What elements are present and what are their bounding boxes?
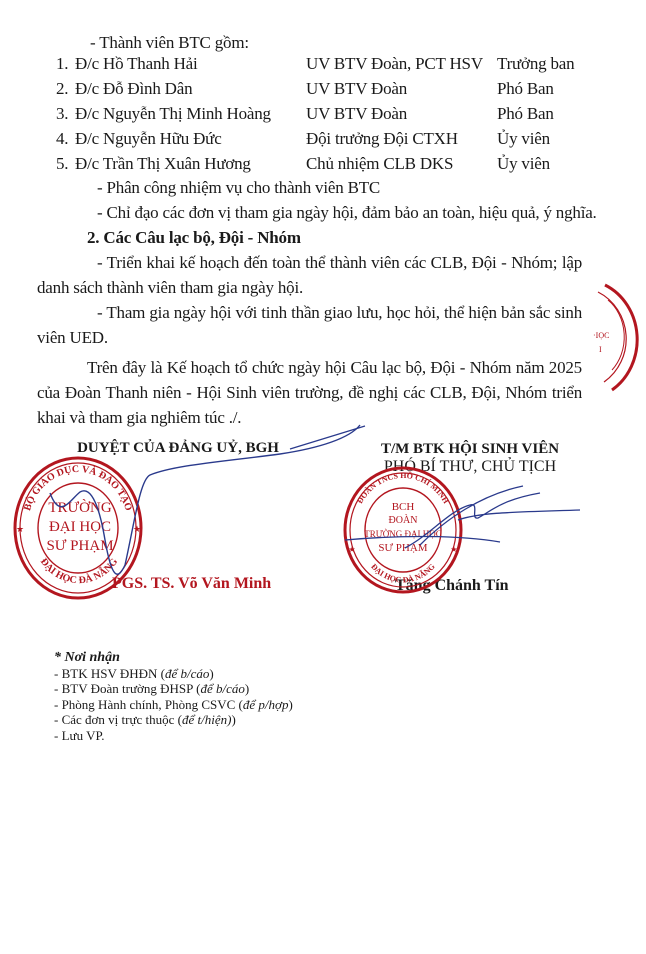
svg-text:SƯ PHẠM: SƯ PHẠM [378, 542, 427, 554]
hsv-title: T/M BTK HỘI SINH VIÊN [350, 441, 590, 458]
svg-text:BỘ GIÁO DỤC VÀ ĐÀO TẠO: BỘ GIÁO DỤC VÀ ĐÀO TẠO [22, 464, 134, 513]
member-role: Chủ nhiệm CLB DKS [306, 154, 453, 174]
member-position: Phó Ban [497, 104, 554, 124]
svg-text:★: ★ [450, 545, 457, 554]
member-name: Đ/c Đỗ Đình Dân [75, 79, 192, 99]
recipient-item: - Phòng Hành chính, Phòng CSVC (để p/hợp… [54, 697, 293, 713]
svg-text:ĐOÀN: ĐOÀN [389, 514, 418, 526]
recipient-item: - BTV Đoàn trường ĐHSP (để b/cáo) [54, 681, 293, 697]
member-role: UV BTV Đoàn, PCT HSV [306, 54, 483, 74]
member-number: 2. [56, 79, 68, 99]
svg-text:★: ★ [348, 545, 355, 554]
right-signer-name: Tăng Chánh Tín [395, 577, 509, 595]
member-position: Trưởng ban [497, 54, 574, 74]
approval-title: DUYỆT CỦA ĐẢNG UỶ, BGH [58, 440, 298, 457]
svg-text:ĐẠI HỌC: ĐẠI HỌC [49, 519, 111, 535]
section-2-para-2: - Tham gia ngày hội với tinh thần giao l… [37, 300, 582, 350]
svg-text:TRƯỜNG: TRƯỜNG [48, 499, 111, 516]
member-number: 3. [56, 104, 68, 124]
member-position: Phó Ban [497, 79, 554, 99]
member-row: 2. Đ/c Đỗ Đình Dân UV BTV Đoàn Phó Ban [0, 79, 646, 104]
member-row: 4. Đ/c Nguyễn Hữu Đức Đội trưởng Đội CTX… [0, 129, 646, 154]
recipients-list: * Nơi nhận - BTK HSV ĐHĐN (để b/cáo) - B… [54, 650, 293, 743]
svg-text:★: ★ [133, 524, 141, 534]
member-name: Đ/c Hồ Thanh Hải [75, 54, 198, 74]
document-page: - Thành viên BTC gồm: 1. Đ/c Hồ Thanh Hả… [0, 0, 646, 954]
member-row: 1. Đ/c Hồ Thanh Hải UV BTV Đoàn, PCT HSV… [0, 54, 646, 79]
recipient-item: - Lưu VP. [54, 728, 293, 744]
svg-text:★: ★ [16, 524, 24, 534]
member-role: Đội trưởng Đội CTXH [306, 129, 458, 149]
member-number: 4. [56, 129, 68, 149]
hsv-subtitle: PHÓ BÍ THƯ, CHỦ TỊCH [350, 458, 590, 476]
member-row: 5. Đ/c Trần Thị Xuân Hương Chủ nhiệm CLB… [0, 154, 646, 179]
member-role: UV BTV Đoàn [306, 79, 407, 99]
member-position: Ủy viên [497, 154, 550, 174]
member-number: 5. [56, 154, 68, 174]
svg-text:BCH: BCH [392, 501, 415, 513]
member-position: Ủy viên [497, 129, 550, 149]
edge-stamp: ·IỌC I [593, 285, 637, 390]
left-signer-name: PGS. TS. Võ Văn Minh [112, 575, 271, 593]
btc-task-assign: - Phân công nhiệm vụ cho thành viên BTC [97, 178, 380, 198]
members-intro: - Thành viên BTC gồm: [90, 33, 249, 53]
member-row: 3. Đ/c Nguyễn Thị Minh Hoàng UV BTV Đoàn… [0, 104, 646, 129]
svg-text:I: I [599, 345, 602, 354]
closing-paragraph: Trên đây là Kế hoạch tổ chức ngày hội Câ… [37, 355, 582, 430]
member-name: Đ/c Trần Thị Xuân Hương [75, 154, 251, 174]
member-name: Đ/c Nguyễn Hữu Đức [75, 129, 222, 149]
section-2-heading: 2. Các Câu lạc bộ, Đội - Nhóm [87, 228, 301, 248]
svg-text:SƯ PHẠM: SƯ PHẠM [46, 538, 113, 554]
btc-task-direct: - Chỉ đạo các đơn vị tham gia ngày hội, … [97, 203, 597, 223]
member-number: 1. [56, 54, 68, 74]
right-stamp: ĐOÀN TNCS HỒ CHÍ MINH ĐẠI HỌC ĐÀ NẴNG BC… [345, 468, 461, 592]
recipient-item: - BTK HSV ĐHĐN (để b/cáo) [54, 666, 293, 682]
right-signature [345, 486, 580, 548]
member-role: UV BTV Đoàn [306, 104, 407, 124]
section-2-para-1: - Triển khai kế hoạch đến toàn thể thành… [37, 250, 582, 300]
svg-text:·IỌC: ·IỌC [593, 331, 609, 340]
member-name: Đ/c Nguyễn Thị Minh Hoàng [75, 104, 271, 124]
svg-text:ĐẠI HỌC ĐÀ NẴNG: ĐẠI HỌC ĐÀ NẴNG [38, 556, 120, 586]
recipients-heading: * Nơi nhận [54, 650, 293, 666]
recipient-item: - Các đơn vị trực thuộc (để t/hiện)) [54, 712, 293, 728]
svg-text:TRƯỜNG ĐẠI HỌC: TRƯỜNG ĐẠI HỌC [364, 529, 441, 539]
